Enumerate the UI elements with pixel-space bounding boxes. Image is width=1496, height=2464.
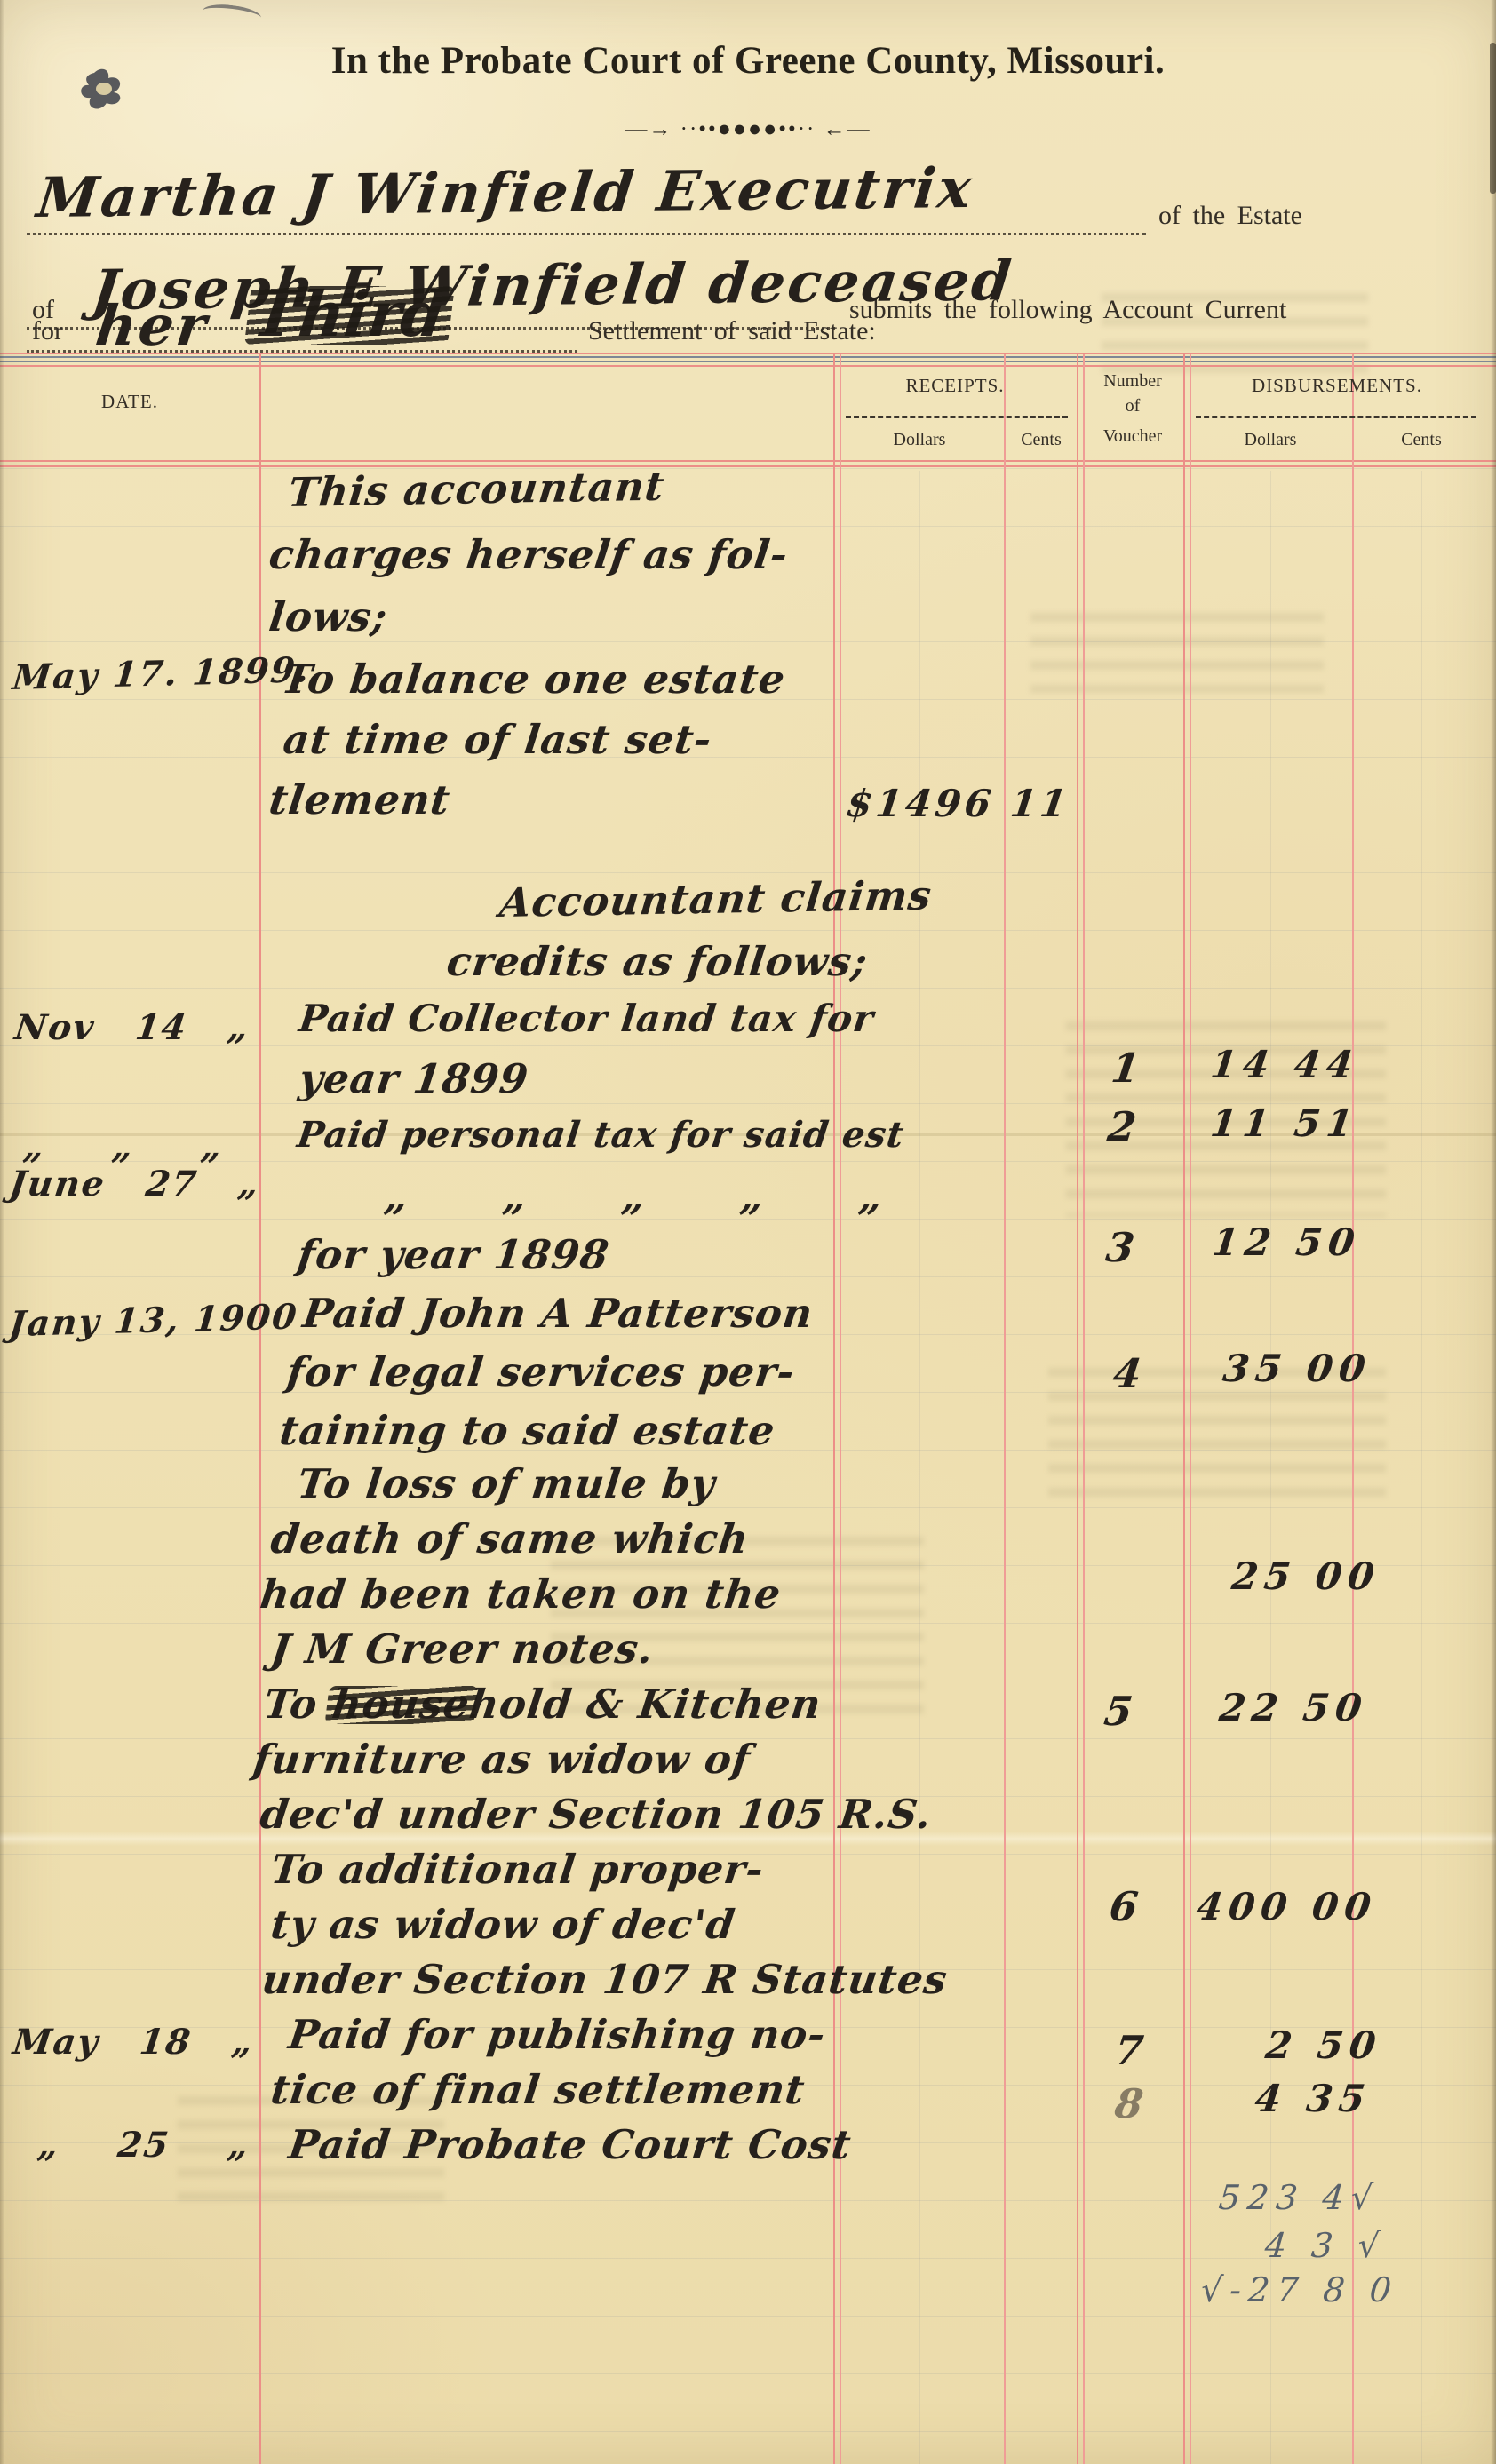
- disbursement-amount: 25 00: [1229, 1554, 1383, 1598]
- disbursement-amount: 35 00: [1221, 1347, 1374, 1390]
- date-cell: „ 25 „: [36, 2125, 252, 2166]
- column-header-disbursements: DISBURSEMENTS.: [1252, 375, 1422, 397]
- receipt-amount: $1496 11: [844, 782, 1072, 825]
- ledger-line: lows;: [267, 593, 390, 640]
- column-header-date: DATE.: [101, 391, 158, 413]
- written-third-struck: Third: [249, 277, 450, 351]
- ledger-line: To additional proper-: [268, 1846, 767, 1893]
- ornament-left-arrow: —→: [625, 117, 672, 141]
- ledger-line: To balance one estate: [279, 656, 788, 703]
- voucher-number: 3: [1103, 1224, 1138, 1271]
- ledger-line: dec'd under Section 105 R.S.: [258, 1791, 935, 1838]
- voucher-number: 1: [1109, 1045, 1143, 1092]
- column-rule-voucher-left2: [1083, 354, 1085, 2464]
- disbursement-amount: 14 44: [1208, 1043, 1362, 1086]
- column-subheader-cents: Cents: [1021, 430, 1062, 450]
- column-rule-receipts-cents: [1004, 354, 1006, 2464]
- ledger-line: furniture as widow of: [251, 1736, 753, 1783]
- written-deceased-name: Joseph E Winfield deceased: [89, 248, 1017, 322]
- page-title: In the Probate Court of Greene County, M…: [0, 39, 1496, 83]
- scan-edge-shadow: [1491, 0, 1496, 2464]
- scan-edge-shadow: [0, 0, 4, 2464]
- ledger-line: ty as widow of dec'd: [268, 1901, 738, 1948]
- ledger-line: Paid for publishing no-: [286, 2011, 829, 2058]
- ledger-line: tlement: [267, 776, 453, 823]
- disbursement-amount: 12 50: [1210, 1220, 1364, 1264]
- printed-for: for: [32, 316, 63, 346]
- voucher-number: 2: [1105, 1103, 1140, 1150]
- disbursement-amount: 11 51: [1208, 1101, 1362, 1145]
- probate-ledger-page: In the Probate Court of Greene County, M…: [0, 0, 1496, 2464]
- receipts-subrule: [846, 416, 1068, 418]
- ledger-line: death of same which: [268, 1515, 752, 1562]
- voucher-number: 8: [1112, 2080, 1147, 2127]
- date-cell: May 18 „: [11, 2022, 257, 2063]
- pencil-sum-line: √-27 8 0: [1199, 2270, 1400, 2309]
- header-bottom-rule: [0, 465, 1496, 467]
- faint-grid-line: [1270, 471, 1271, 2464]
- ornament-right-arrow: ←—: [824, 117, 871, 141]
- table-top-rule-gray: [0, 361, 1496, 362]
- ledger-line: J M Greer notes.: [268, 1625, 656, 1673]
- voucher-number: 6: [1107, 1883, 1142, 1930]
- column-header-voucher-1: Number: [1103, 371, 1162, 392]
- ledger-line: tice of final settlement: [268, 2066, 808, 2113]
- written-her: her: [92, 293, 212, 358]
- column-rule-disb-left: [1183, 354, 1185, 2464]
- table-top-rule-gray: [0, 356, 1496, 358]
- ornament-divider: —→ ··••●●●●••·· ←—: [0, 117, 1496, 142]
- table-top-rule-red: [0, 353, 1496, 354]
- ornament-dots: ··••●●●●••··: [680, 117, 816, 141]
- scan-edge-dark: [1490, 43, 1496, 194]
- column-rule-disb-left2: [1190, 354, 1191, 2464]
- column-subheader-cents: Cents: [1401, 430, 1442, 450]
- column-header-voucher-3: Voucher: [1103, 426, 1162, 447]
- disbursements-subrule: [1196, 416, 1476, 418]
- written-executrix-name: Martha J Winfield Executrix: [34, 155, 977, 230]
- faint-grid-line: [1126, 471, 1126, 2464]
- table-top-rule-red: [0, 365, 1496, 367]
- voucher-number: 4: [1110, 1350, 1145, 1397]
- ledger-line: charges herself as fol-: [267, 531, 791, 578]
- ledger-line: credits as follows;: [444, 938, 871, 985]
- ledger-line: under Section 107 R Statutes: [259, 1956, 951, 2003]
- scribbled-word: Third: [249, 277, 450, 351]
- ledger-line-struck: To household & Kitchen: [261, 1681, 824, 1728]
- column-rule-voucher-left: [1077, 354, 1078, 2464]
- ledger-line: for legal services per-: [284, 1348, 798, 1395]
- pencil-sum-line: 4 3 √: [1263, 2226, 1389, 2265]
- date-cell: May 17. 1899.: [11, 649, 313, 698]
- voucher-number: 7: [1112, 2027, 1147, 2074]
- faint-grid-line: [1421, 471, 1422, 2464]
- ledger-line: Paid Collector land tax for: [297, 997, 877, 1040]
- ledger-line: To loss of mule by: [295, 1460, 718, 1507]
- date-cell: Jany 13, 1900: [7, 1297, 300, 1345]
- column-subheader-dollars: Dollars: [1245, 430, 1297, 450]
- column-header-receipts: RECEIPTS.: [905, 375, 1004, 397]
- disbursement-amount: 4 35: [1253, 2077, 1373, 2120]
- voucher-number: 5: [1102, 1688, 1136, 1735]
- ledger-line: This accountant: [286, 463, 667, 516]
- date-cell: „ „ „: [21, 1126, 226, 1167]
- printed-settlement: Settlement of said Estate:: [588, 316, 876, 346]
- header-bottom-rule: [0, 460, 1496, 462]
- dotted-underline: [27, 233, 1146, 235]
- pencil-scratch: [202, 2, 262, 27]
- ink-blot: [75, 64, 137, 126]
- column-header-voucher-2: of: [1126, 396, 1141, 417]
- ledger-line: taining to said estate: [277, 1407, 778, 1454]
- disbursement-amount: 22 50: [1217, 1686, 1371, 1729]
- pencil-sum-line: 523 4√: [1217, 2178, 1381, 2217]
- column-rule-disb-cents: [1352, 354, 1354, 2464]
- date-cell: Nov 14 „: [12, 1007, 252, 1048]
- disbursement-amount: 2 50: [1263, 2023, 1384, 2067]
- ledger-line: Accountant claims: [497, 872, 935, 926]
- date-cell: June 27 „: [7, 1164, 262, 1204]
- ledger-line: at time of last set-: [281, 716, 714, 763]
- printed-of-the-estate: of the Estate: [1158, 201, 1302, 231]
- scribbled-word: house: [330, 1681, 473, 1728]
- ledger-line-pre: To: [261, 1681, 336, 1728]
- ledger-line: year 1899: [297, 1055, 531, 1102]
- ledger-line: had been taken on the: [258, 1570, 784, 1617]
- ledger-line: Paid Probate Court Cost: [286, 2121, 854, 2168]
- ledger-line: „ „ „ „ „: [382, 1172, 887, 1220]
- ledger-line-post: hold & Kitchen: [466, 1681, 824, 1728]
- ledger-line: for year 1898: [295, 1231, 612, 1278]
- disbursement-amount: 400 00: [1194, 1885, 1380, 1928]
- column-subheader-dollars: Dollars: [894, 430, 946, 450]
- faint-grid-line: [919, 471, 920, 2464]
- ledger-line: Paid personal tax for said est: [295, 1114, 907, 1156]
- ledger-line: Paid John A Patterson: [300, 1290, 816, 1337]
